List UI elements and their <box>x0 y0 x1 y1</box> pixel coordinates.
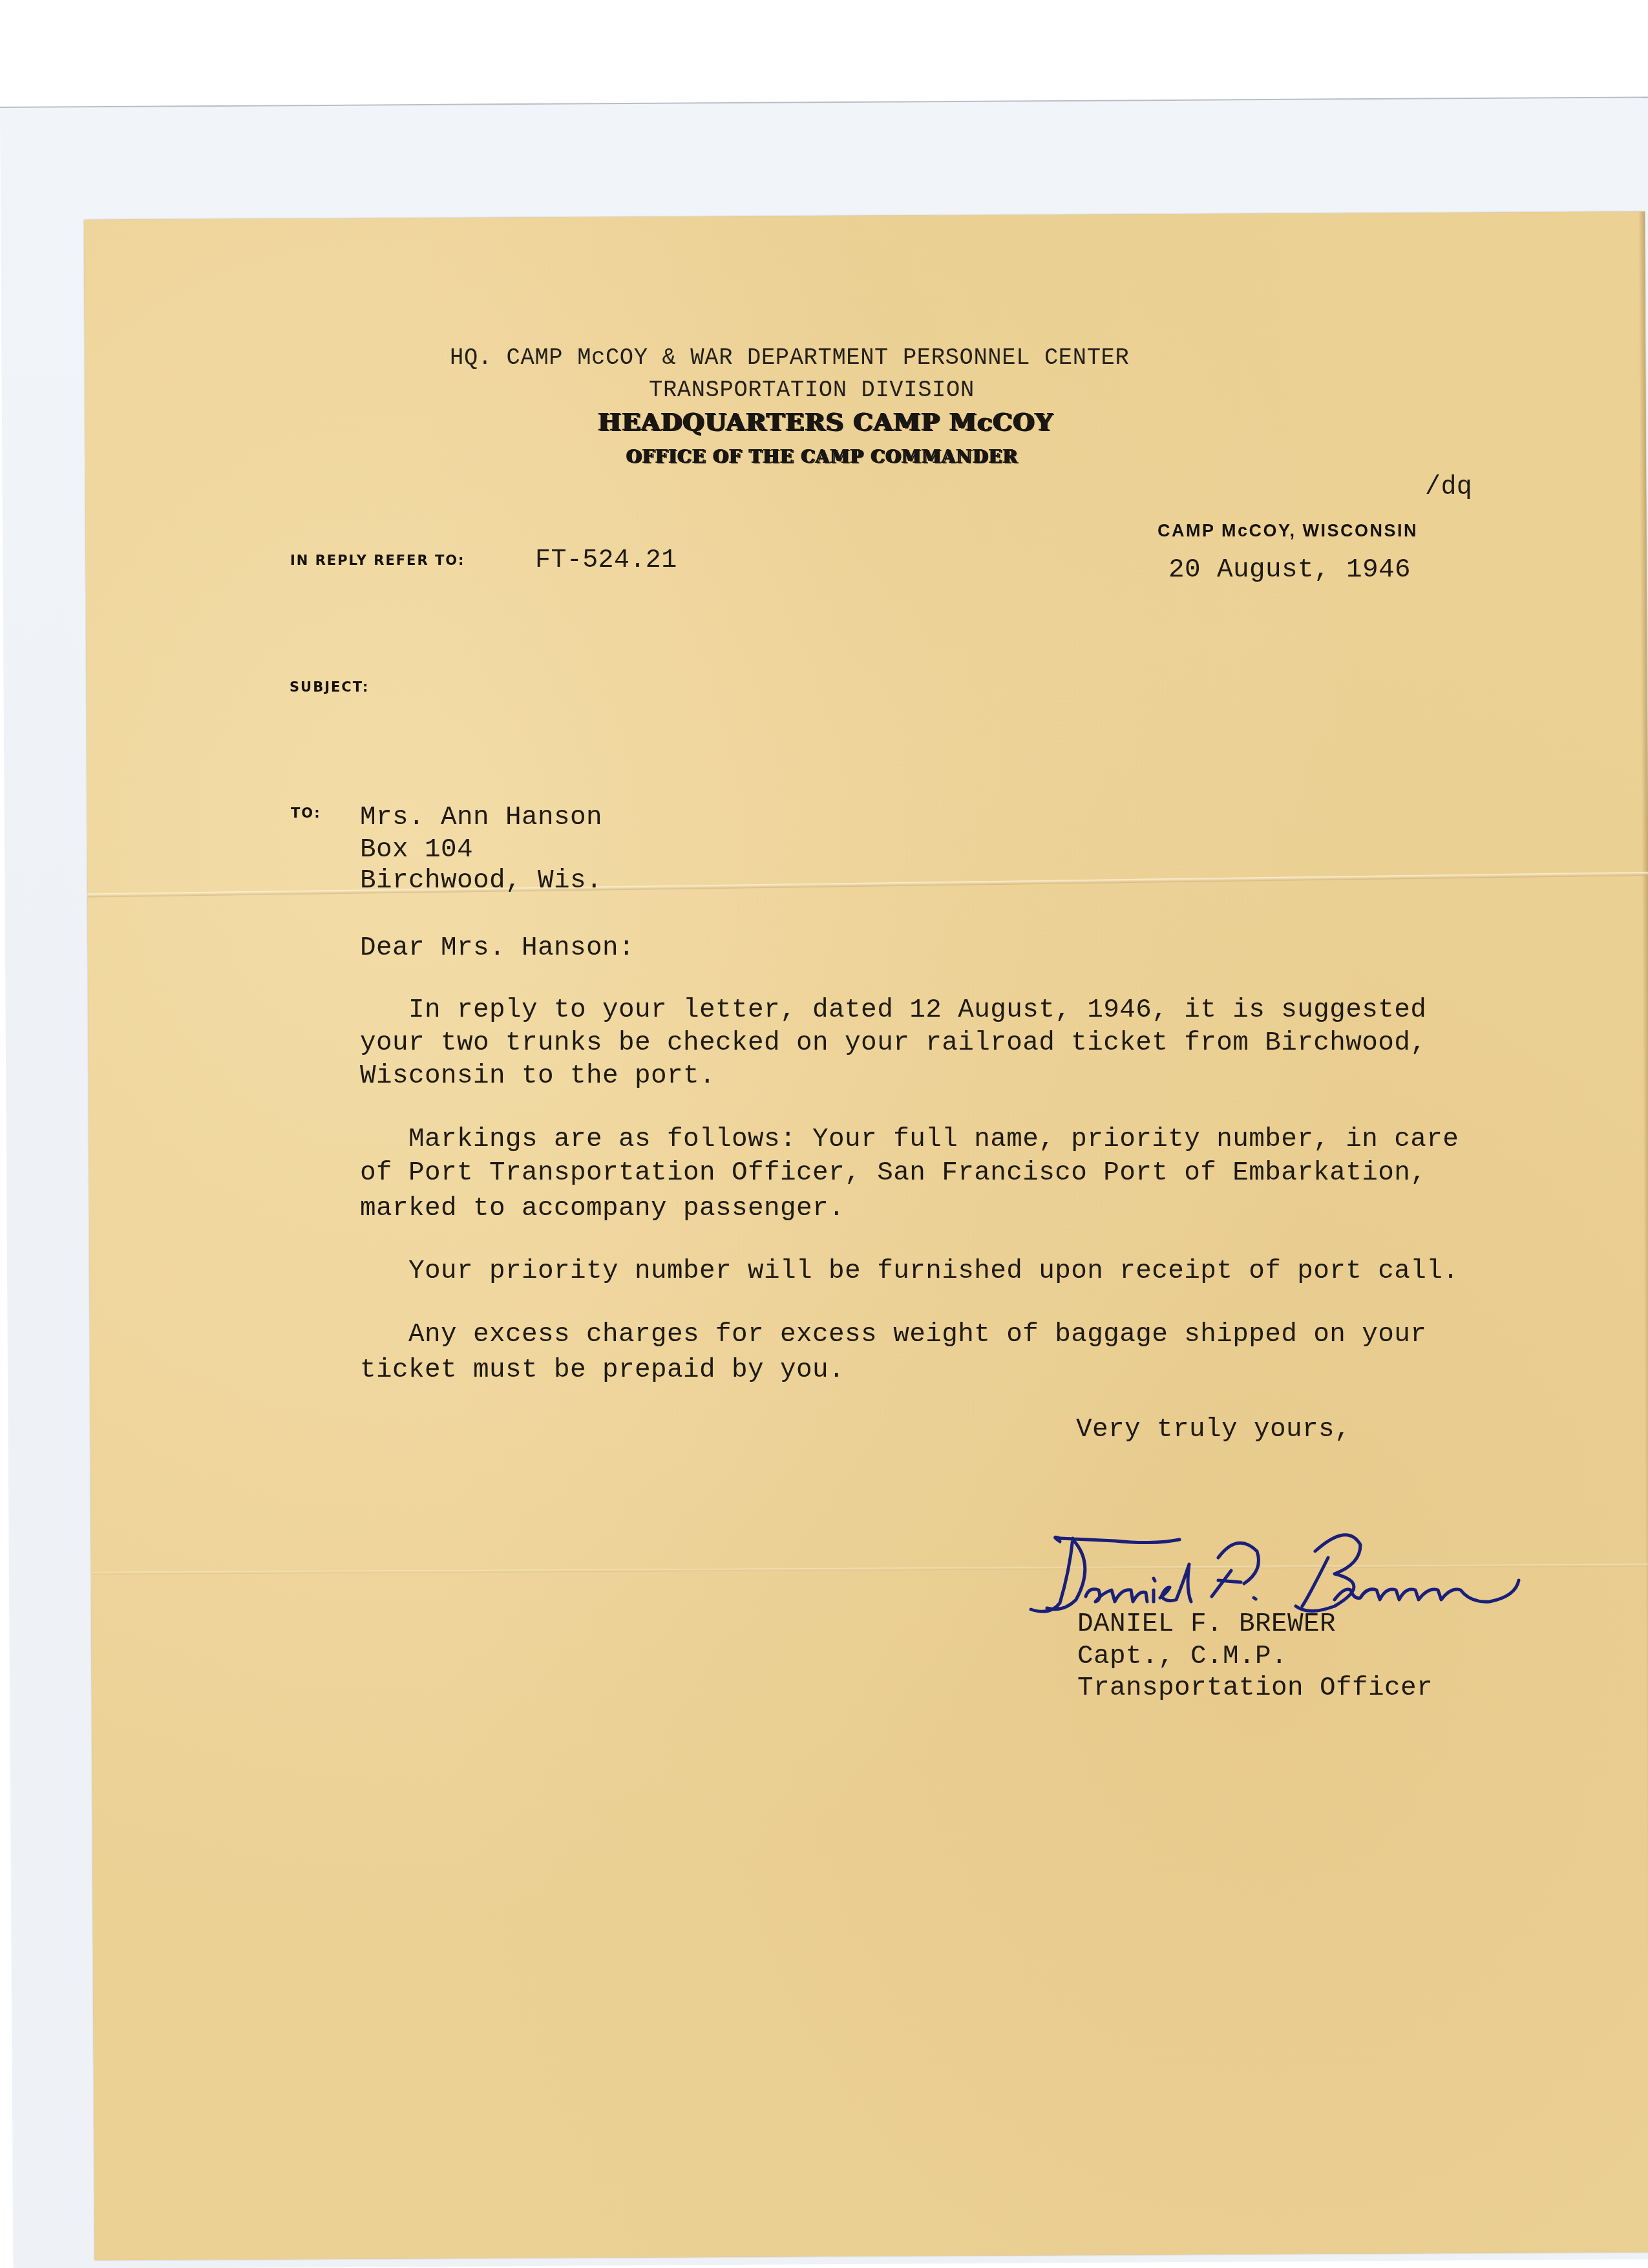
letter-page <box>84 211 1648 2260</box>
body-line: your two trunks be checked on your railr… <box>360 1030 1426 1057</box>
salutation: Dear Mrs. Hanson: <box>360 935 635 962</box>
body-line: In reply to your letter, dated 12 August… <box>360 997 1426 1024</box>
typist-initials: /dq <box>1425 475 1472 501</box>
body-line: Your priority number will be furnished u… <box>360 1258 1459 1285</box>
letter-date: 20 August, 1946 <box>1168 557 1411 584</box>
letterhead-line-1: HQ. CAMP McCOY & WAR DEPARTMENT PERSONNE… <box>450 346 1129 370</box>
reply-refer-label: IN REPLY REFER TO: <box>290 554 465 567</box>
body-line: Any excess charges for excess weight of … <box>360 1322 1426 1348</box>
recipient-address-line: Box 104 <box>360 837 473 864</box>
body-line: Markings are as follows: Your full name,… <box>360 1127 1459 1153</box>
body-line: Wisconsin to the port. <box>360 1063 715 1090</box>
struck-letterhead-line-2: OFFICE OF THE CAMP COMMANDER <box>626 449 1018 466</box>
letterhead-line-2: TRANSPORTATION DIVISION <box>649 378 975 402</box>
signer-rank: Capt., C.M.P. <box>1077 1644 1287 1670</box>
struck-letterhead-line-1: HEADQUARTERS CAMP McCOY <box>598 410 1137 434</box>
place-label: CAMP McCOY, WISCONSIN <box>1157 522 1418 540</box>
signer-title: Transportation Officer <box>1077 1675 1433 1702</box>
signer-name: DANIEL F. BREWER <box>1077 1611 1336 1638</box>
body-line: marked to accompany passenger. <box>360 1196 845 1222</box>
handwritten-signature <box>1024 1525 1535 1622</box>
body-line: of Port Transportation Officer, San Fran… <box>360 1160 1426 1187</box>
closing: Very truly yours, <box>1076 1417 1351 1443</box>
subject-label: SUBJECT: <box>290 681 369 694</box>
fold-crease <box>87 872 1648 898</box>
to-label: TO: <box>291 807 321 820</box>
recipient-city-line: Birchwood, Wis. <box>360 868 602 895</box>
reference-number: FT-524.21 <box>535 548 677 574</box>
recipient-name: Mrs. Ann Hanson <box>360 805 602 831</box>
body-line: ticket must be prepaid by you. <box>360 1357 845 1384</box>
